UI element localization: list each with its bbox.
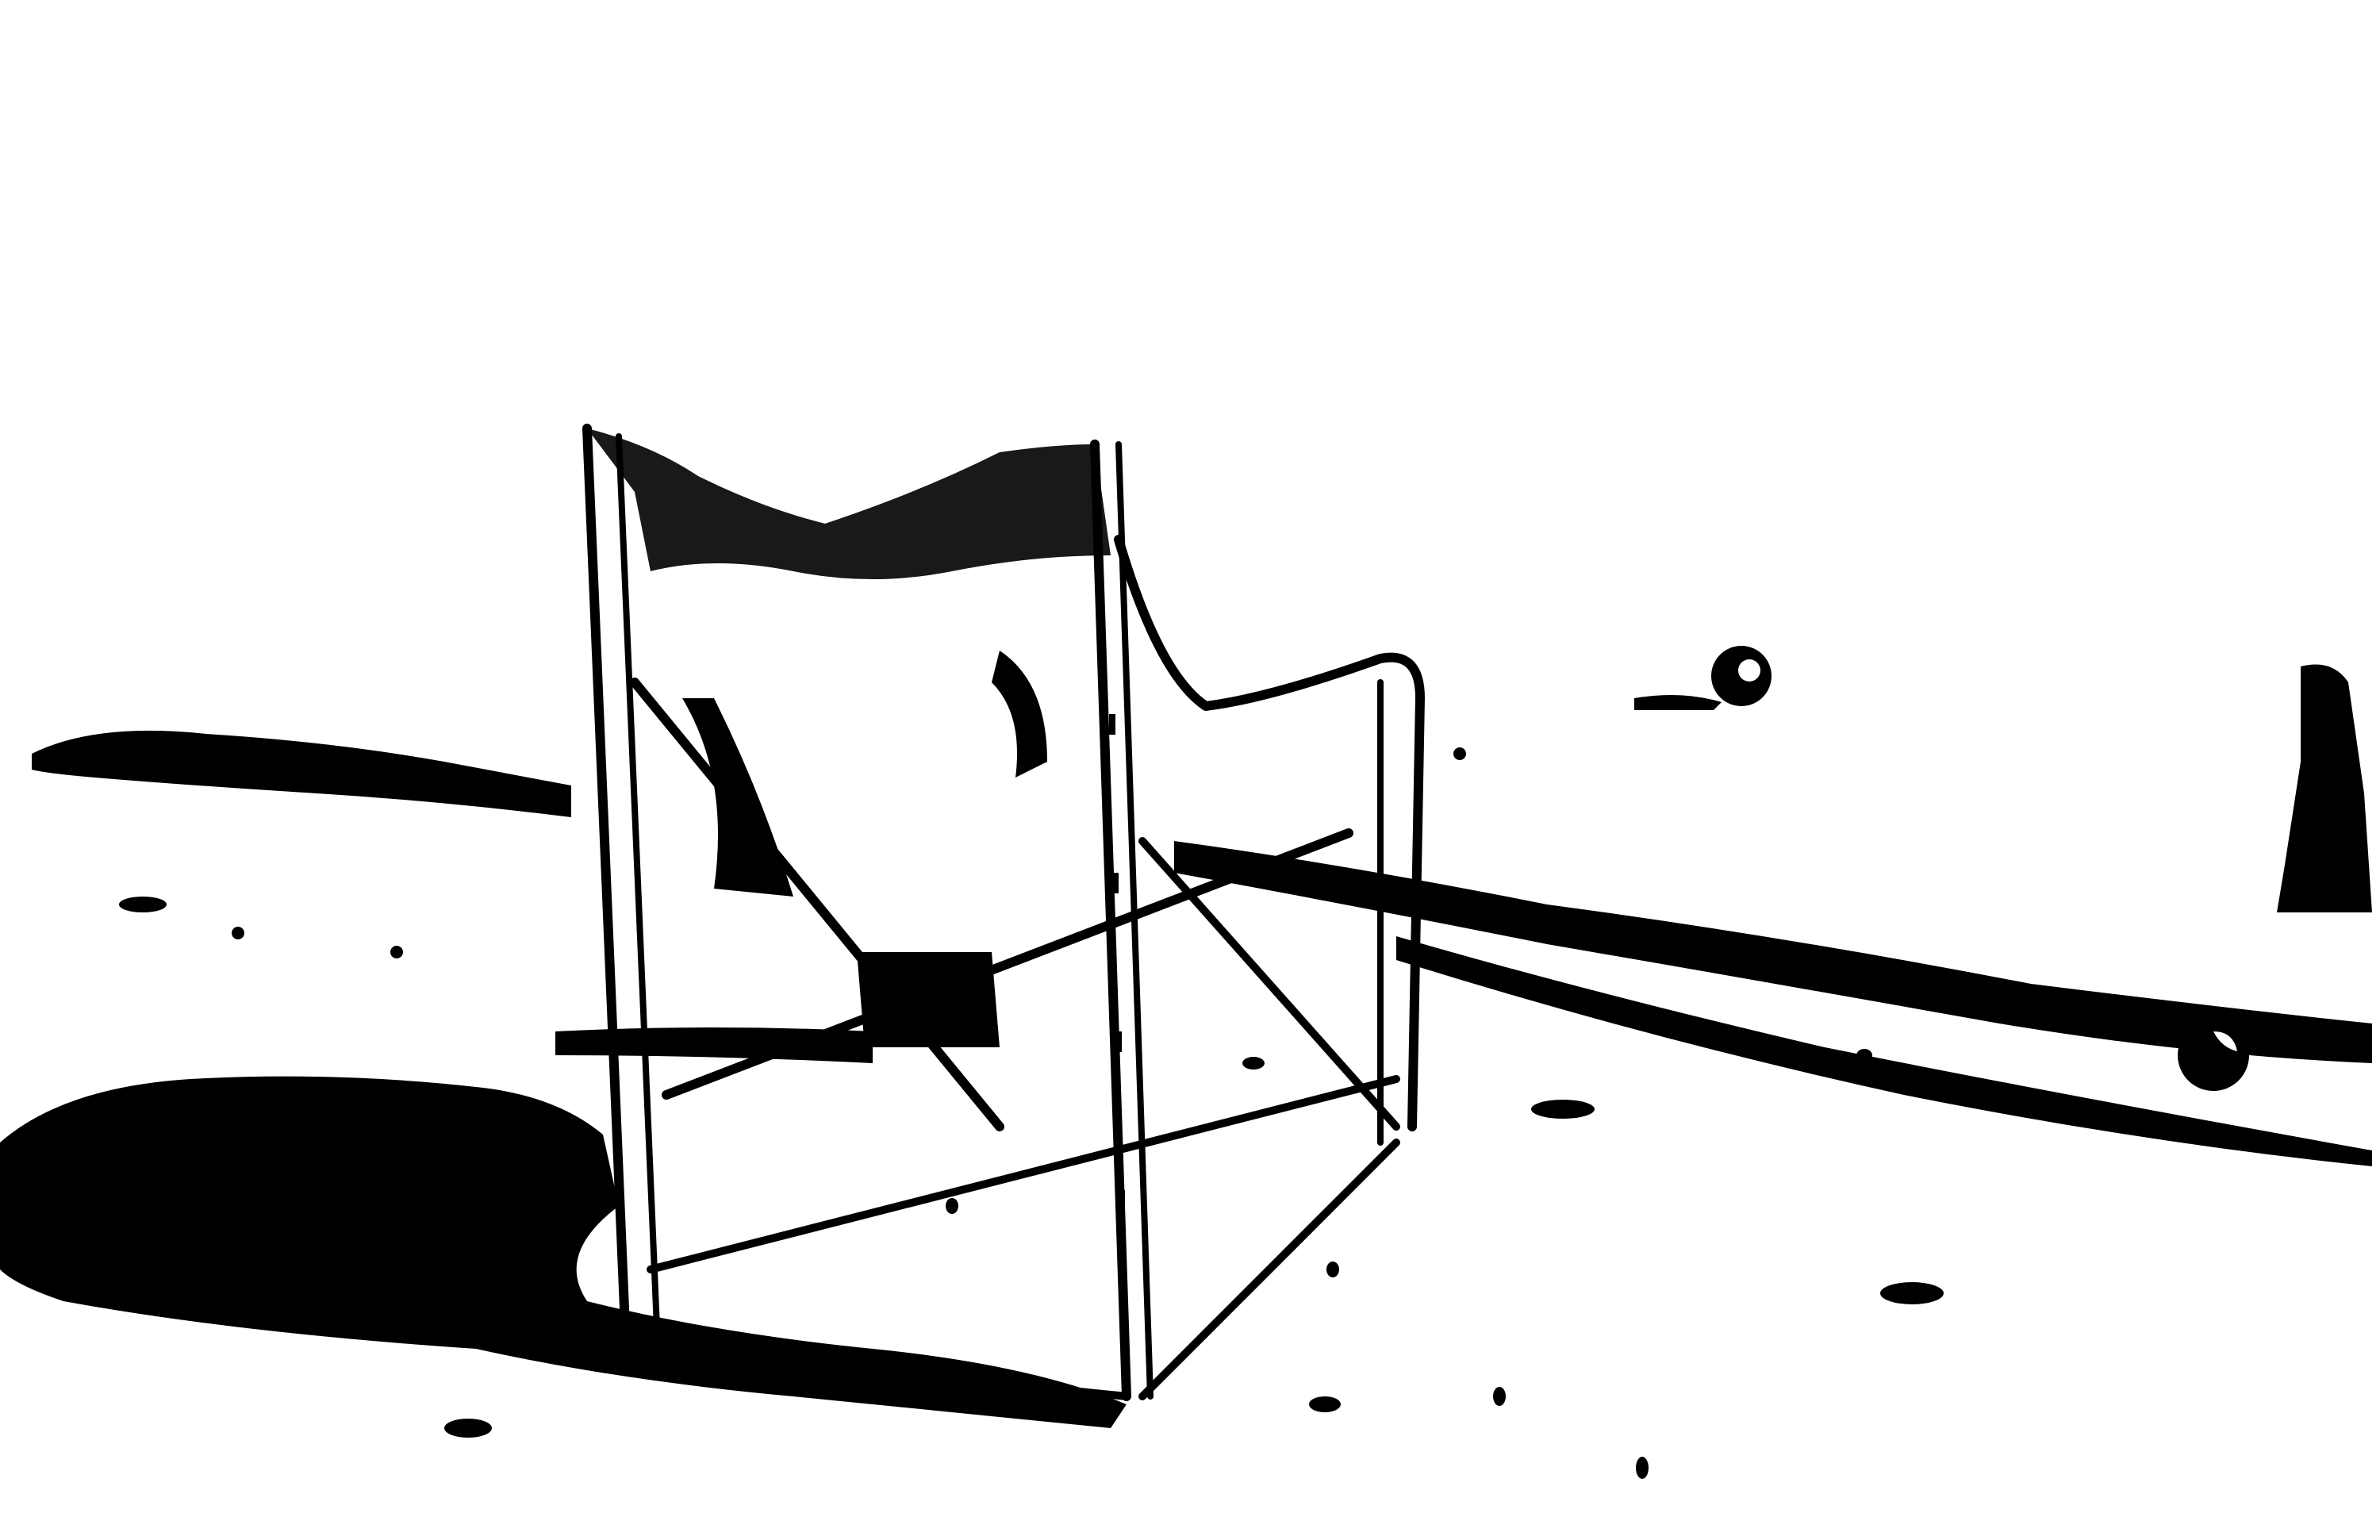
folding-chair [587,428,1420,1396]
ball-far [1711,646,1772,706]
chair-shadow [0,1027,1127,1428]
ink-drawing [0,0,2380,1540]
ball-near [2178,1020,2249,1091]
